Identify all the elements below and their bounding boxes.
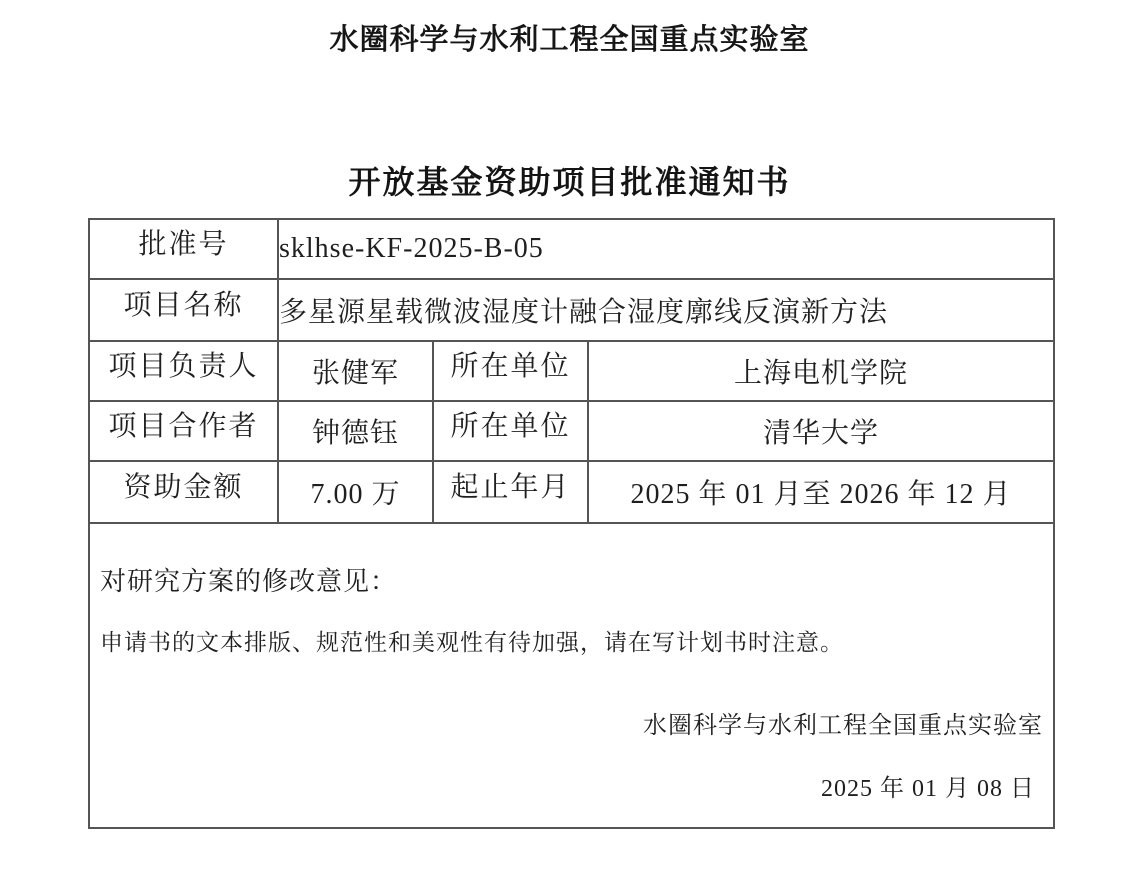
- signature-date: 2025 年 01 月 08 日: [90, 768, 1035, 803]
- project-leader-name-cell: 张健军: [278, 341, 433, 401]
- project-leader-label-cell: 项目负责人: [89, 341, 278, 401]
- approval-notice-table: 批准号 sklhse-KF-2025-B-05 项目名称 多星源星载微波湿度计融…: [88, 218, 1055, 829]
- collaborator-unit-value-cell: 清华大学: [588, 401, 1054, 461]
- project-collaborator-name-cell: 钟德钰: [278, 401, 433, 461]
- leader-unit-value-cell: 上海电机学院: [588, 341, 1054, 401]
- collaborator-unit-label: 所在单位: [434, 404, 587, 444]
- leader-unit-label: 所在单位: [434, 344, 587, 384]
- comments-body-text: 申请书的文本排版、规范性和美观性有待加强，请在写计划书时注意。: [100, 624, 1053, 657]
- table-row-project-collaborator: 项目合作者 钟德钰 所在单位 清华大学: [89, 401, 1054, 461]
- project-period-value-cell: 2025 年 01 月至 2026 年 12 月: [588, 461, 1054, 523]
- project-name-label: 项目名称: [90, 283, 277, 323]
- project-collaborator-label: 项目合作者: [90, 404, 277, 444]
- comments-cell: 对研究方案的修改意见： 申请书的文本排版、规范性和美观性有待加强，请在写计划书时…: [89, 523, 1054, 828]
- project-period-label: 起止年月: [434, 465, 587, 505]
- table-row-comments: 对研究方案的修改意见： 申请书的文本排版、规范性和美观性有待加强，请在写计划书时…: [89, 523, 1054, 828]
- funding-amount-value-cell: 7.00 万: [278, 461, 433, 523]
- signature-lab-name: 水圈科学与水利工程全国重点实验室: [90, 705, 1043, 740]
- funding-amount-label: 资助金额: [90, 465, 277, 505]
- collaborator-unit-label-cell: 所在单位: [433, 401, 588, 461]
- project-leader-label: 项目负责人: [90, 344, 277, 384]
- lab-name-header: 水圈科学与水利工程全国重点实验室: [0, 0, 1139, 60]
- comments-heading: 对研究方案的修改意见：: [100, 561, 1053, 598]
- table-row-project-name: 项目名称 多星源星载微波湿度计融合湿度廓线反演新方法: [89, 279, 1054, 341]
- funding-amount-label-cell: 资助金额: [89, 461, 278, 523]
- project-collaborator-label-cell: 项目合作者: [89, 401, 278, 461]
- approval-number-label-cell: 批准号: [89, 219, 278, 279]
- project-name-label-cell: 项目名称: [89, 279, 278, 341]
- leader-unit-label-cell: 所在单位: [433, 341, 588, 401]
- table-row-approval-number: 批准号 sklhse-KF-2025-B-05: [89, 219, 1054, 279]
- approval-number-value-cell: sklhse-KF-2025-B-05: [278, 219, 1054, 279]
- document-title: 开放基金资助项目批准通知书: [0, 162, 1139, 202]
- project-name-value-cell: 多星源星载微波湿度计融合湿度廓线反演新方法: [278, 279, 1054, 341]
- approval-number-label: 批准号: [90, 222, 277, 262]
- table-row-funding: 资助金额 7.00 万 起止年月 2025 年 01 月至 2026 年 12 …: [89, 461, 1054, 523]
- project-period-label-cell: 起止年月: [433, 461, 588, 523]
- table-row-project-leader: 项目负责人 张健军 所在单位 上海电机学院: [89, 341, 1054, 401]
- document-page: 水圈科学与水利工程全国重点实验室 开放基金资助项目批准通知书 批准号 sklhs…: [0, 0, 1139, 889]
